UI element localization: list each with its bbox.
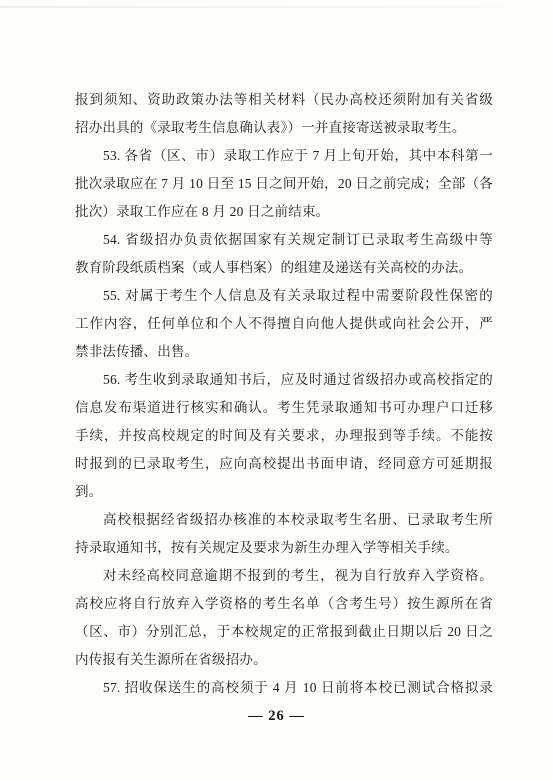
text-line: 批次录取应在 7 月 10 日至 15 日之间开始，20 日之前完成；全部（各 — [75, 170, 493, 198]
text-line: 持录取通知书，按有关规定及要求为新生办理入学等相关手续。 — [75, 534, 493, 562]
document-page: 报到须知、资助政策办法等相关材料（民办高校还须附加有关省级 招办出具的《录取考生… — [0, 0, 553, 782]
text-line: 到。 — [75, 478, 493, 506]
text-line: 禁非法传播、出售。 — [75, 338, 493, 366]
text-line: 内传报有关生源所在省级招办。 — [75, 646, 493, 674]
text-line: 教育阶段纸质档案（或人事档案）的组建及递送有关高校的办法。 — [75, 254, 493, 282]
text-line: 工作内容，任何单位和个人不得擅自向他人提供或向社会公开，严 — [75, 310, 493, 338]
text-line: （区、市）分别汇总，于本校规定的正常报到截止日期以后 20 日之 — [75, 618, 493, 646]
text-line-clause-56: 56. 考生收到录取通知书后，应及时通过省级招办或高校指定的 — [75, 366, 493, 394]
page-number: — 26 — — [0, 706, 553, 726]
text-line: 报到须知、资助政策办法等相关材料（民办高校还须附加有关省级 — [75, 86, 493, 114]
text-line: 手续，并按高校规定的时间及有关要求，办理报到等手续。不能按 — [75, 422, 493, 450]
scan-artifact-top-edge — [0, 6, 553, 8]
text-line: 招办出具的《录取考生信息确认表》）一并直接寄送被录取考生。 — [75, 114, 493, 142]
text-line-clause-53: 53. 各省（区、市）录取工作应于 7 月上旬开始，其中本科第一 — [75, 142, 493, 170]
text-line: 信息发布渠道进行核实和确认。考生凭录取通知书可办理户口迁移 — [75, 394, 493, 422]
text-line: 高校根据经省级招办核准的本校录取考生名册、已录取考生所 — [75, 506, 493, 534]
document-text-block: 报到须知、资助政策办法等相关材料（民办高校还须附加有关省级 招办出具的《录取考生… — [75, 86, 493, 702]
text-line-clause-57: 57. 招收保送生的高校须于 4 月 10 日前将本校已测试合格拟录 — [75, 674, 493, 702]
text-line: 时报到的已录取考生，应向高校提出书面申请，经同意方可延期报 — [75, 450, 493, 478]
text-line: 对未经高校同意逾期不报到的考生，视为自行放弃入学资格。 — [75, 562, 493, 590]
text-line: 高校应将自行放弃入学资格的考生名单（含考生号）按生源所在省 — [75, 590, 493, 618]
text-line-clause-54: 54. 省级招办负责依据国家有关规定制订已录取考生高级中等 — [75, 226, 493, 254]
text-line: 批次）录取工作应在 8 月 20 日之前结束。 — [75, 198, 493, 226]
text-line-clause-55: 55. 对属于考生个人信息及有关录取过程中需要阶段性保密的 — [75, 282, 493, 310]
